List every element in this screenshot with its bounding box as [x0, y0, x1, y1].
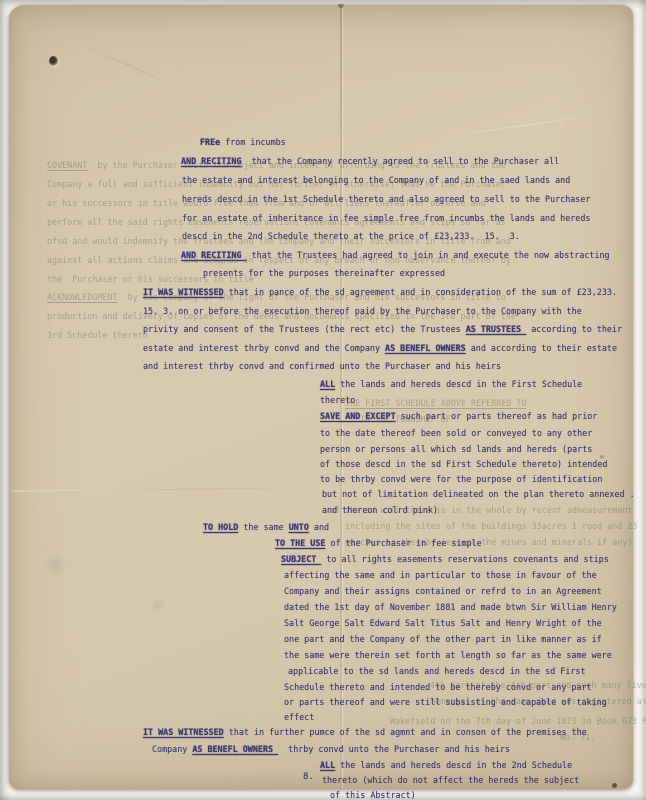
text-line: IT WAS WITNESSED that in further pumce o… [143, 727, 587, 738]
text-line: IT WAS WITNESSED that in pance of the sd… [143, 287, 617, 298]
text-line: TO HOLD the same UNTO and [203, 522, 329, 533]
text-line: dated the 1st day of November 1881 and m… [284, 602, 617, 613]
text-line: estate and interest thrby convd and the … [143, 343, 617, 354]
text-line: person or persons all which sd lands and… [320, 444, 592, 455]
scanned-document: COVENANT by the Purchaser (with the obje… [0, 0, 646, 800]
text-line: ALL the lands and hereds descd in the 2n… [320, 760, 572, 771]
text-line: of those descd in the sd First Schedule … [320, 459, 607, 470]
text-line: the same were therein set forth at lengt… [284, 650, 612, 661]
ghost-text-line: including the sites of the buildings 33a… [345, 521, 637, 532]
text-line: and interest thrby convd and confirmed u… [143, 361, 501, 372]
text-line: presents for the purposes thereinafter e… [203, 268, 445, 279]
text-line: and thereon colrd pink) [322, 505, 438, 516]
text-line: for an estate of inheritance in fee simp… [182, 213, 590, 224]
text-line: applicable to the sd lands and hereds de… [288, 666, 586, 677]
page-number: 8. [303, 772, 314, 782]
text-line: the estate and interest belonging to the… [182, 175, 570, 186]
text-line: of this Abstract) [330, 790, 416, 800]
ghost-text-line: THE FIRST SCHEDULE ABOVE REFERRED TO [345, 398, 527, 409]
text-line: effect [284, 712, 314, 723]
ghost-text-line: Wakefield on the 7th day of June 1873 in… [390, 716, 646, 727]
ghost-text-line: 3rd Schedule thereto [47, 330, 148, 341]
text-line: Company AS BENEFL OWNERS thrby convd unt… [152, 744, 510, 755]
text-line: SAVE AND EXCEPT such part or parts there… [320, 411, 597, 422]
text-layer: COVENANT by the Purchaser (with the obje… [0, 0, 646, 800]
text-line: thereto (which do not affect the hereds … [322, 775, 579, 786]
text-line: Company and their assigns contained or r… [284, 586, 602, 597]
text-line: AND RECITING that the Trustees had agree… [181, 250, 610, 261]
text-line: to the date thereof been sold or conveye… [320, 428, 592, 439]
text-line: SUBJECT to all rights easements reservat… [281, 554, 609, 565]
text-line: TO THE USE of the Purchaser in fee simpl… [275, 538, 482, 549]
text-line: or parts thereof and were still subsisti… [284, 697, 607, 708]
text-line: hereds descd in the 1st Schedule thereto… [182, 194, 590, 205]
text-line: Schedule thereto and intended to be ther… [284, 682, 592, 693]
text-line: thereto [320, 395, 355, 406]
text-line: descd in the 2nd Schedule thereto at the… [182, 231, 520, 242]
text-line: one part and the Company of the other pa… [284, 634, 602, 645]
text-line: but not of limitation delineated on the … [322, 489, 635, 500]
text-line: to be thrby convd were for the purpose o… [320, 474, 602, 485]
text-line: Salt George Salt Edward Salt Titus Salt … [284, 618, 602, 629]
text-line: ALL the lands and hereds descd in the Fi… [320, 379, 582, 390]
text-line: privity and consent of the Trustees (the… [143, 324, 622, 335]
text-line: AND RECITING that the Company recently a… [181, 156, 559, 167]
text-line: FREe from incumbs [200, 137, 286, 148]
text-line: affecting the same and in particular to … [284, 570, 597, 581]
text-line: 15. 3. on or before the execution thereo… [143, 306, 582, 317]
